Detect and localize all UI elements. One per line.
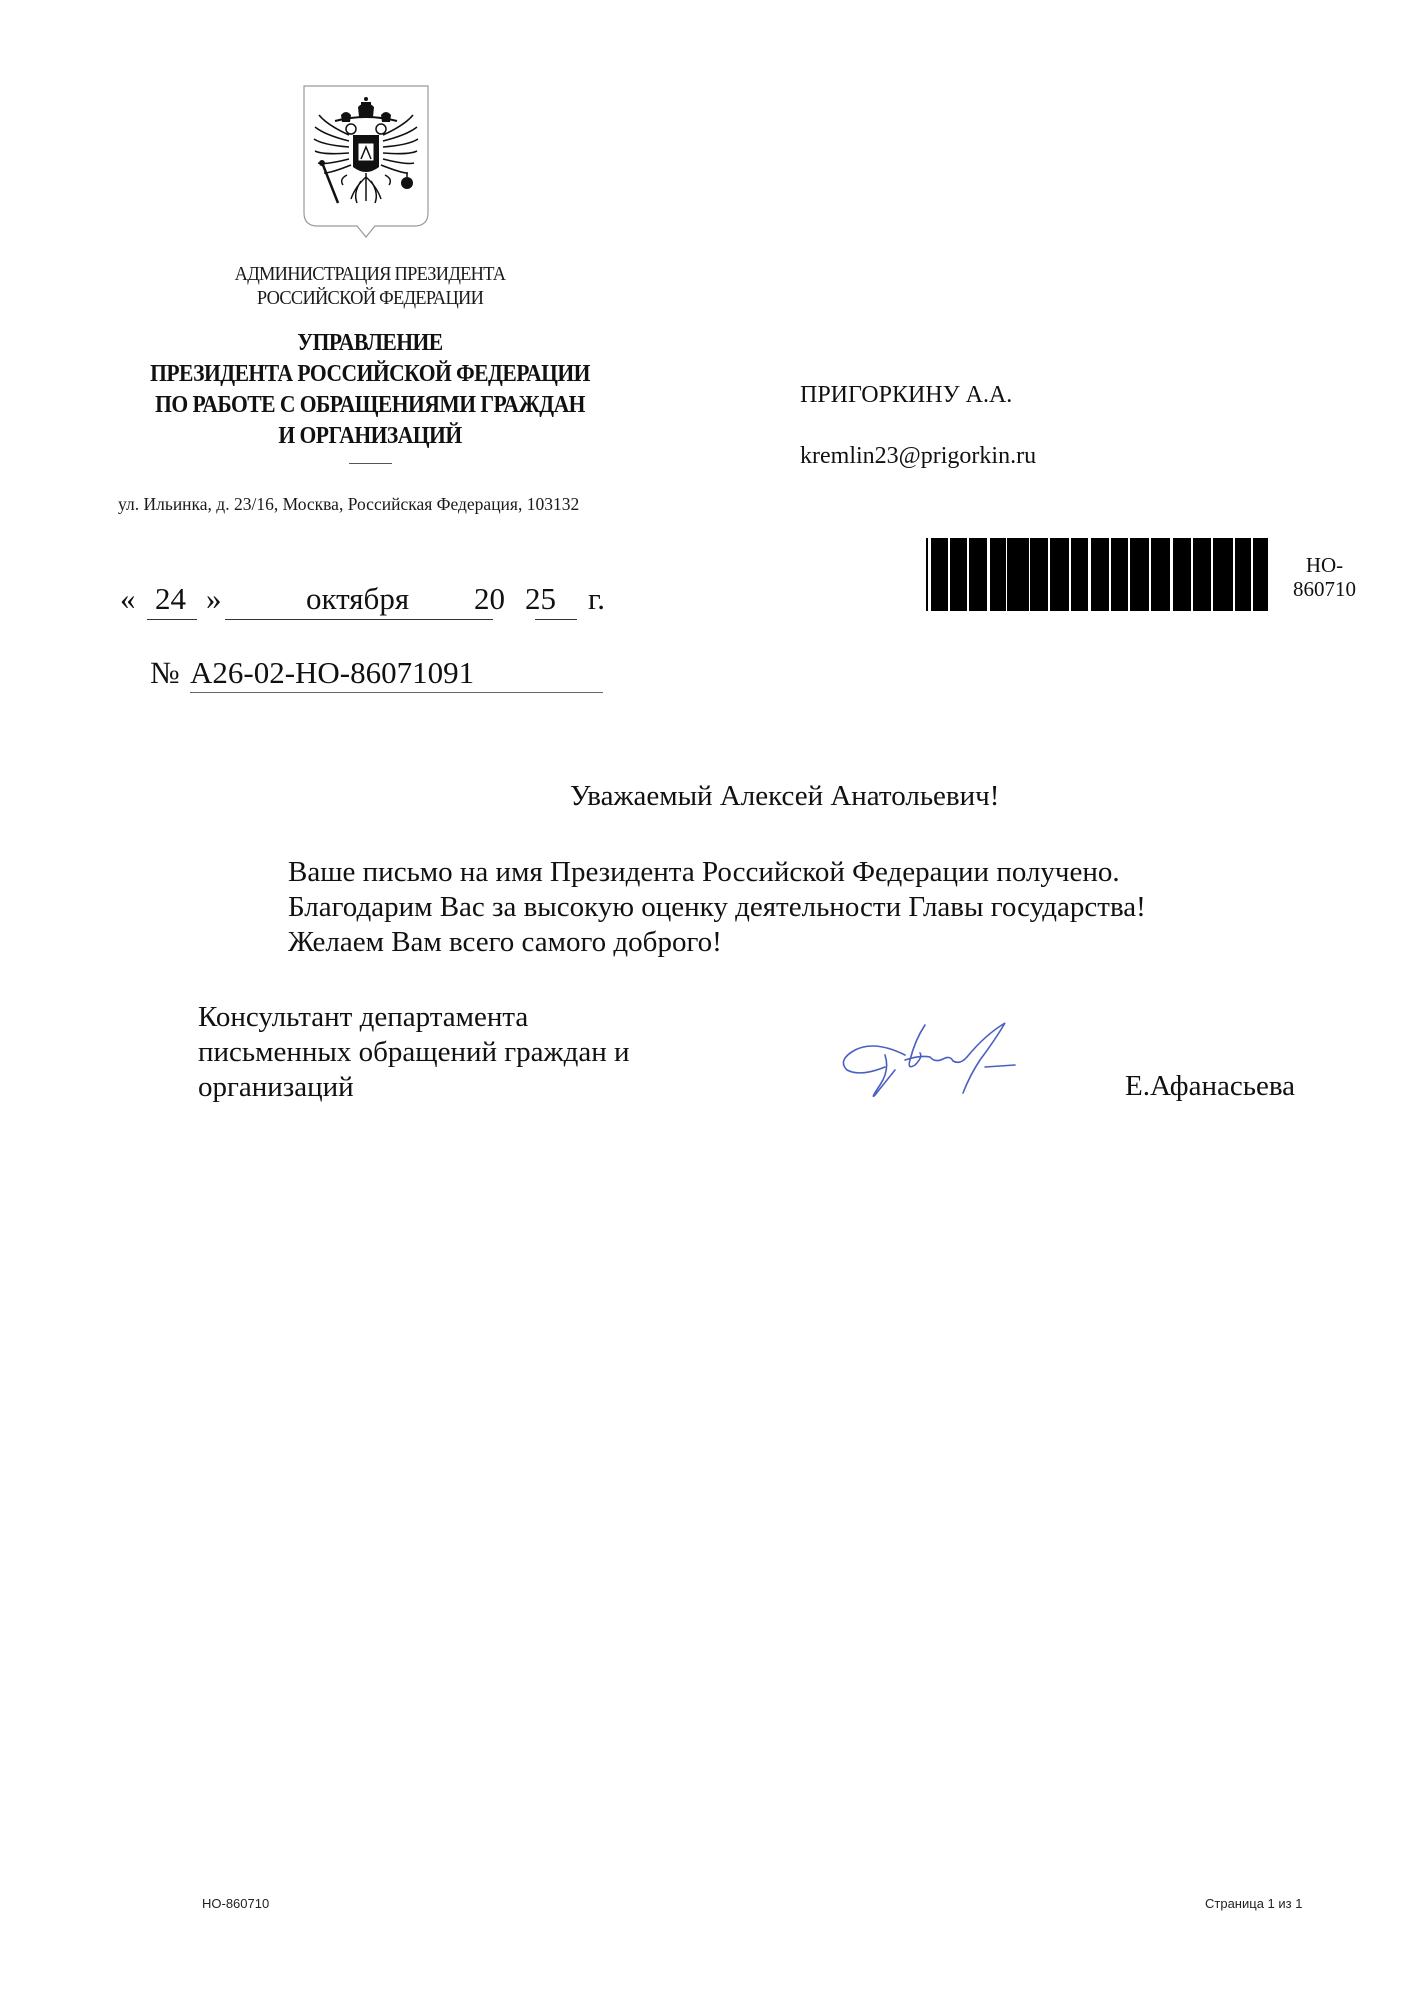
- barcode-label-line-1: НО-: [1293, 553, 1356, 577]
- barcode: [926, 538, 1268, 611]
- signer-position-line: организаций: [198, 1070, 630, 1105]
- admin-title-line-2: РОССИЙСКОЙ ФЕДЕРАЦИИ: [158, 286, 581, 310]
- barcode-label: НО- 860710: [1293, 553, 1356, 601]
- recipient-email: kremlin23@prigorkin.ru: [800, 443, 1036, 470]
- footer-page-info: Страница 1 из 1: [1205, 1896, 1302, 1911]
- dept-title-line-4: И ОРГАНИЗАЦИЙ: [127, 421, 613, 452]
- dept-title-line-3: ПО РАБОТЕ С ОБРАЩЕНИЯМИ ГРАЖДАН: [127, 390, 613, 421]
- month-underline: [225, 619, 493, 620]
- date-day: 24: [155, 581, 186, 617]
- salutation: Уважаемый Алексей Анатольевич!: [570, 780, 999, 813]
- number-sign: №: [150, 655, 180, 691]
- reference-number-value: А26-02-НО-86071091: [190, 655, 474, 691]
- dept-title-line-2: ПРЕЗИДЕНТА РОССИЙСКОЙ ФЕДЕРАЦИИ: [127, 359, 613, 390]
- date-suffix: г.: [588, 581, 605, 617]
- letter-body: Ваше письмо на имя Президента Российской…: [288, 855, 1146, 960]
- sender-address: ул. Ильинка, д. 23/16, Москва, Российска…: [118, 494, 579, 515]
- double-headed-eagle-icon: [303, 85, 429, 239]
- body-paragraph-line: Благодарим Вас за высокую оценку деятель…: [288, 890, 1146, 925]
- body-paragraph-line: Ваше письмо на имя Президента Российской…: [288, 855, 1146, 890]
- handwritten-signature: [835, 1015, 1035, 1105]
- barcode-label-line-2: 860710: [1293, 577, 1356, 601]
- signature-icon: [835, 1015, 1035, 1105]
- signer-name: Е.Афанасьева: [1125, 1070, 1295, 1103]
- body-paragraph-line: Желаем Вам всего самого доброго!: [288, 925, 1146, 960]
- recipient-name: ПРИГОРКИНУ А.А.: [800, 382, 1012, 409]
- date-century: 20: [474, 581, 505, 617]
- signer-position-line: письменных обращений граждан и: [198, 1035, 630, 1070]
- date-close-quote: »: [206, 581, 222, 617]
- signer-position-line: Консультант департамента: [198, 1000, 630, 1035]
- header-divider: [349, 463, 392, 464]
- reference-underline: [190, 692, 603, 693]
- signer-position: Консультант департамента письменных обра…: [198, 1000, 630, 1105]
- footer-document-id: НО-860710: [202, 1896, 269, 1911]
- date-month: октября: [306, 581, 409, 617]
- day-underline: [147, 619, 197, 620]
- admin-title-line-1: АДМИНИСТРАЦИЯ ПРЕЗИДЕНТА: [158, 262, 581, 286]
- year-underline: [535, 619, 577, 620]
- date-open-quote: «: [120, 581, 136, 617]
- coat-of-arms-emblem: [303, 85, 429, 227]
- dept-title-line-1: УПРАВЛЕНИЕ: [127, 328, 613, 359]
- department-title: УПРАВЛЕНИЕ ПРЕЗИДЕНТА РОССИЙСКОЙ ФЕДЕРАЦ…: [127, 328, 613, 452]
- administration-title: АДМИНИСТРАЦИЯ ПРЕЗИДЕНТА РОССИЙСКОЙ ФЕДЕ…: [158, 262, 581, 310]
- date-year: 25: [525, 581, 556, 617]
